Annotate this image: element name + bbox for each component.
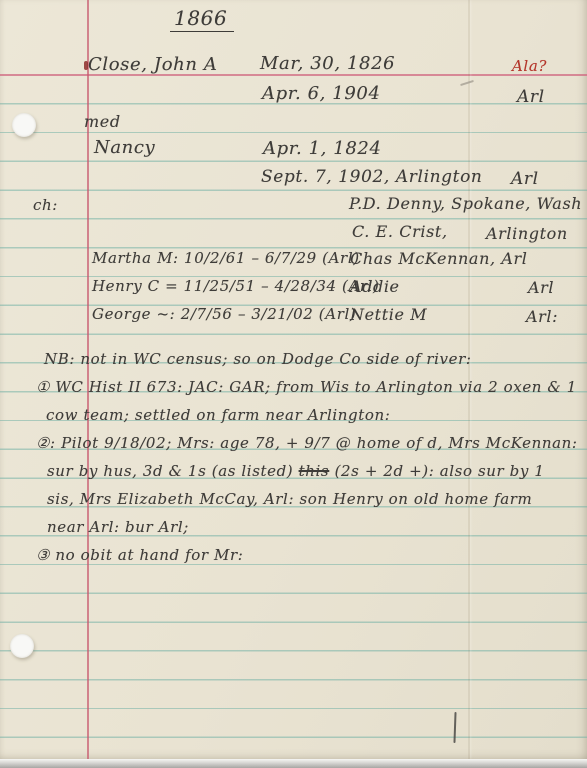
spouse-death-date: Sept. 7, 1902, Arlington <box>261 167 482 187</box>
stray-pencil-mark <box>460 80 474 86</box>
spouse-name: Nancy <box>94 137 155 158</box>
married-label: med <box>84 112 121 131</box>
child-row-name-dates: Henry C = 11/25/51 – 4/28/34 (Arl) <box>92 277 380 295</box>
note-3: ③ no obit at hand for Mr: <box>36 546 243 564</box>
note-2-line-2-post: (2s + 2d +): also sur by 1 <box>329 462 544 480</box>
death-date: Apr. 6, 1904 <box>262 83 381 104</box>
page-title-year: 1866 <box>170 6 234 32</box>
note-nb: NB: not in WC census; so on Dodge Co sid… <box>44 350 472 368</box>
birth-place-query: Ala? <box>512 57 547 75</box>
informant-2: C. E. Crist, <box>352 222 448 241</box>
note-2-line-2-pre: sur by hus, 3d & 1s (as listed) <box>47 462 299 480</box>
scanner-background-strip <box>0 759 587 768</box>
spouse-death-place: Arl <box>511 169 539 189</box>
informant-2-place: Arlington <box>486 224 568 243</box>
child-row-spouse: Nettie M <box>350 305 427 324</box>
death-place: Arl <box>517 87 545 107</box>
note-2-line-2: sur by hus, 3d & 1s (as listed) this (2s… <box>47 462 544 480</box>
note-1-line-1: ① WC Hist II 673: JAC: GAR; from Wis to … <box>36 378 577 396</box>
child-row-name-dates: George ~: 2/7/56 – 3/21/02 (Arl) <box>92 305 356 323</box>
spouse-birth-date: Apr. 1, 1824 <box>263 138 382 159</box>
note-2-line-1: ②: Pilot 9/18/02; Mrs: age 78, + 9/7 @ h… <box>36 434 578 452</box>
child-row-place: Arl <box>528 278 554 297</box>
note-2-struck-word: this <box>299 462 330 480</box>
note-2-line-3: sis, Mrs Elizabeth McCay, Arl: son Henry… <box>47 490 532 508</box>
child-row-place: Arl: <box>526 307 558 326</box>
child-row-name-dates: Martha M: 10/2/61 – 6/7/29 (Arl) <box>92 249 360 267</box>
note-1-line-2: cow team; settled on farm near Arlington… <box>46 406 390 424</box>
informant-1: P.D. Denny, Spokane, Wash <box>349 194 582 213</box>
child-row-spouse: Chas McKennan, Arl <box>350 249 527 268</box>
ledger-paper: 1866 Close, John A Mar, 30, 1826 Ala? Ap… <box>0 0 587 759</box>
children-label: ch: <box>33 196 58 214</box>
punch-hole-bottom <box>10 634 34 658</box>
child-row-spouse: Addie <box>350 277 400 296</box>
scanned-page: 1866 Close, John A Mar, 30, 1826 Ala? Ap… <box>0 0 587 768</box>
birth-date: Mar, 30, 1826 <box>260 53 395 74</box>
note-2-line-4: near Arl: bur Arl; <box>47 518 189 536</box>
record-name: Close, John A <box>88 54 217 75</box>
punch-hole-top <box>12 113 36 137</box>
